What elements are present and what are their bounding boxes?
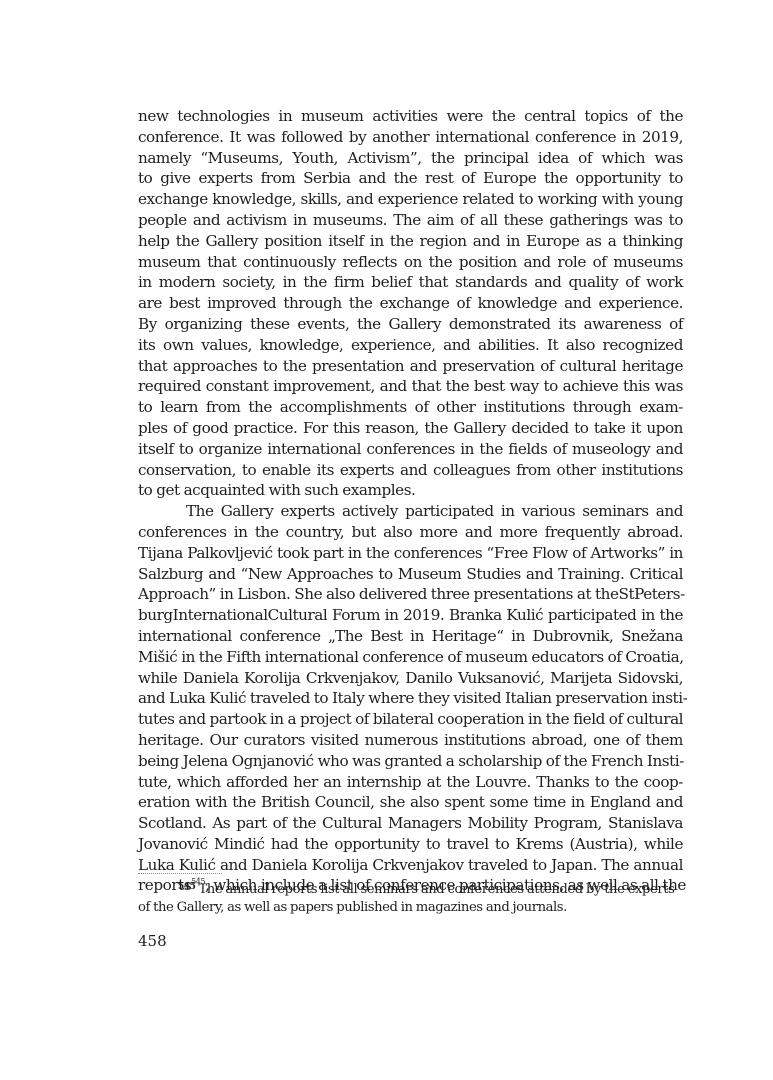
- text-line: Tijana Palkovljević took part in the con…: [138, 543, 683, 564]
- footnote-text: The annual reports list all seminars and…: [198, 882, 674, 897]
- text-line: By organizing these events, the Gallery …: [138, 314, 683, 335]
- text-line: to get acquainted with such examples.: [138, 480, 683, 501]
- text-line: that approaches to the presentation and …: [138, 356, 683, 377]
- body-text: new technologies in museum activities we…: [138, 106, 683, 896]
- text-line: being Jelena Ognjanović who was granted …: [138, 751, 683, 772]
- text-line: itself to organize international confere…: [138, 439, 683, 460]
- text-line: eration with the British Council, she al…: [138, 792, 683, 813]
- text-line: to learn from the accomplishments of oth…: [138, 397, 683, 418]
- text-line: tutes and partook in a project of bilate…: [138, 709, 683, 730]
- text-line: people and activism in museums. The aim …: [138, 210, 683, 231]
- footnote-number: 545: [178, 882, 195, 892]
- text-line: and Luka Kulić traveled to Italy where t…: [138, 688, 683, 709]
- text-line: Approach” in Lisbon. She also delivered …: [138, 584, 683, 605]
- text-line: are best improved through the exchange o…: [138, 293, 683, 314]
- text-line: Mišić in the Fifth international confere…: [138, 647, 683, 668]
- text-line: in modern society, in the firm belief th…: [138, 272, 683, 293]
- text-line: new technologies in museum activities we…: [138, 106, 683, 127]
- text-line: The Gallery experts actively participate…: [138, 501, 683, 522]
- text-line: conferences in the country, but also mor…: [138, 522, 683, 543]
- footnote-separator: [138, 873, 222, 874]
- page-number: 458: [138, 932, 167, 950]
- footnote-line: 545The annual reports list all seminars …: [138, 881, 683, 899]
- text-line: heritage. Our curators visited numerous …: [138, 730, 683, 751]
- text-line: burgInternationalCultural Forum in 2019.…: [138, 605, 683, 626]
- text-line: exchange knowledge, skills, and experien…: [138, 189, 683, 210]
- footnote: 545The annual reports list all seminars …: [138, 881, 683, 917]
- text-line: help the Gallery position itself in the …: [138, 231, 683, 252]
- text-line: Scotland. As part of the Cultural Manage…: [138, 813, 683, 834]
- text-line: to give experts from Serbia and the rest…: [138, 168, 683, 189]
- text-line: conference. It was followed by another i…: [138, 127, 683, 148]
- text-line: its own values, knowledge, experience, a…: [138, 335, 683, 356]
- text-line: while Daniela Korolija Crkvenjakov, Dani…: [138, 668, 683, 689]
- paragraph-1: new technologies in museum activities we…: [138, 106, 683, 501]
- text-line: international conference „The Best in He…: [138, 626, 683, 647]
- text-line: conservation, to enable its experts and …: [138, 460, 683, 481]
- text-line: Jovanović Mindić had the opportunity to …: [138, 834, 683, 855]
- text-line: ples of good practice. For this reason, …: [138, 418, 683, 439]
- paragraph-2: The Gallery experts actively participate…: [138, 501, 683, 896]
- text-line: namely “Museums, Youth, Activism”, the p…: [138, 148, 683, 169]
- text-line: tute, which afforded her an internship a…: [138, 772, 683, 793]
- text-line: Salzburg and “New Approaches to Museum S…: [138, 564, 683, 585]
- footnote-line: of the Gallery, as well as papers publis…: [138, 899, 683, 917]
- text-line: required constant improvement, and that …: [138, 376, 683, 397]
- text-line: museum that continuously reflects on the…: [138, 252, 683, 273]
